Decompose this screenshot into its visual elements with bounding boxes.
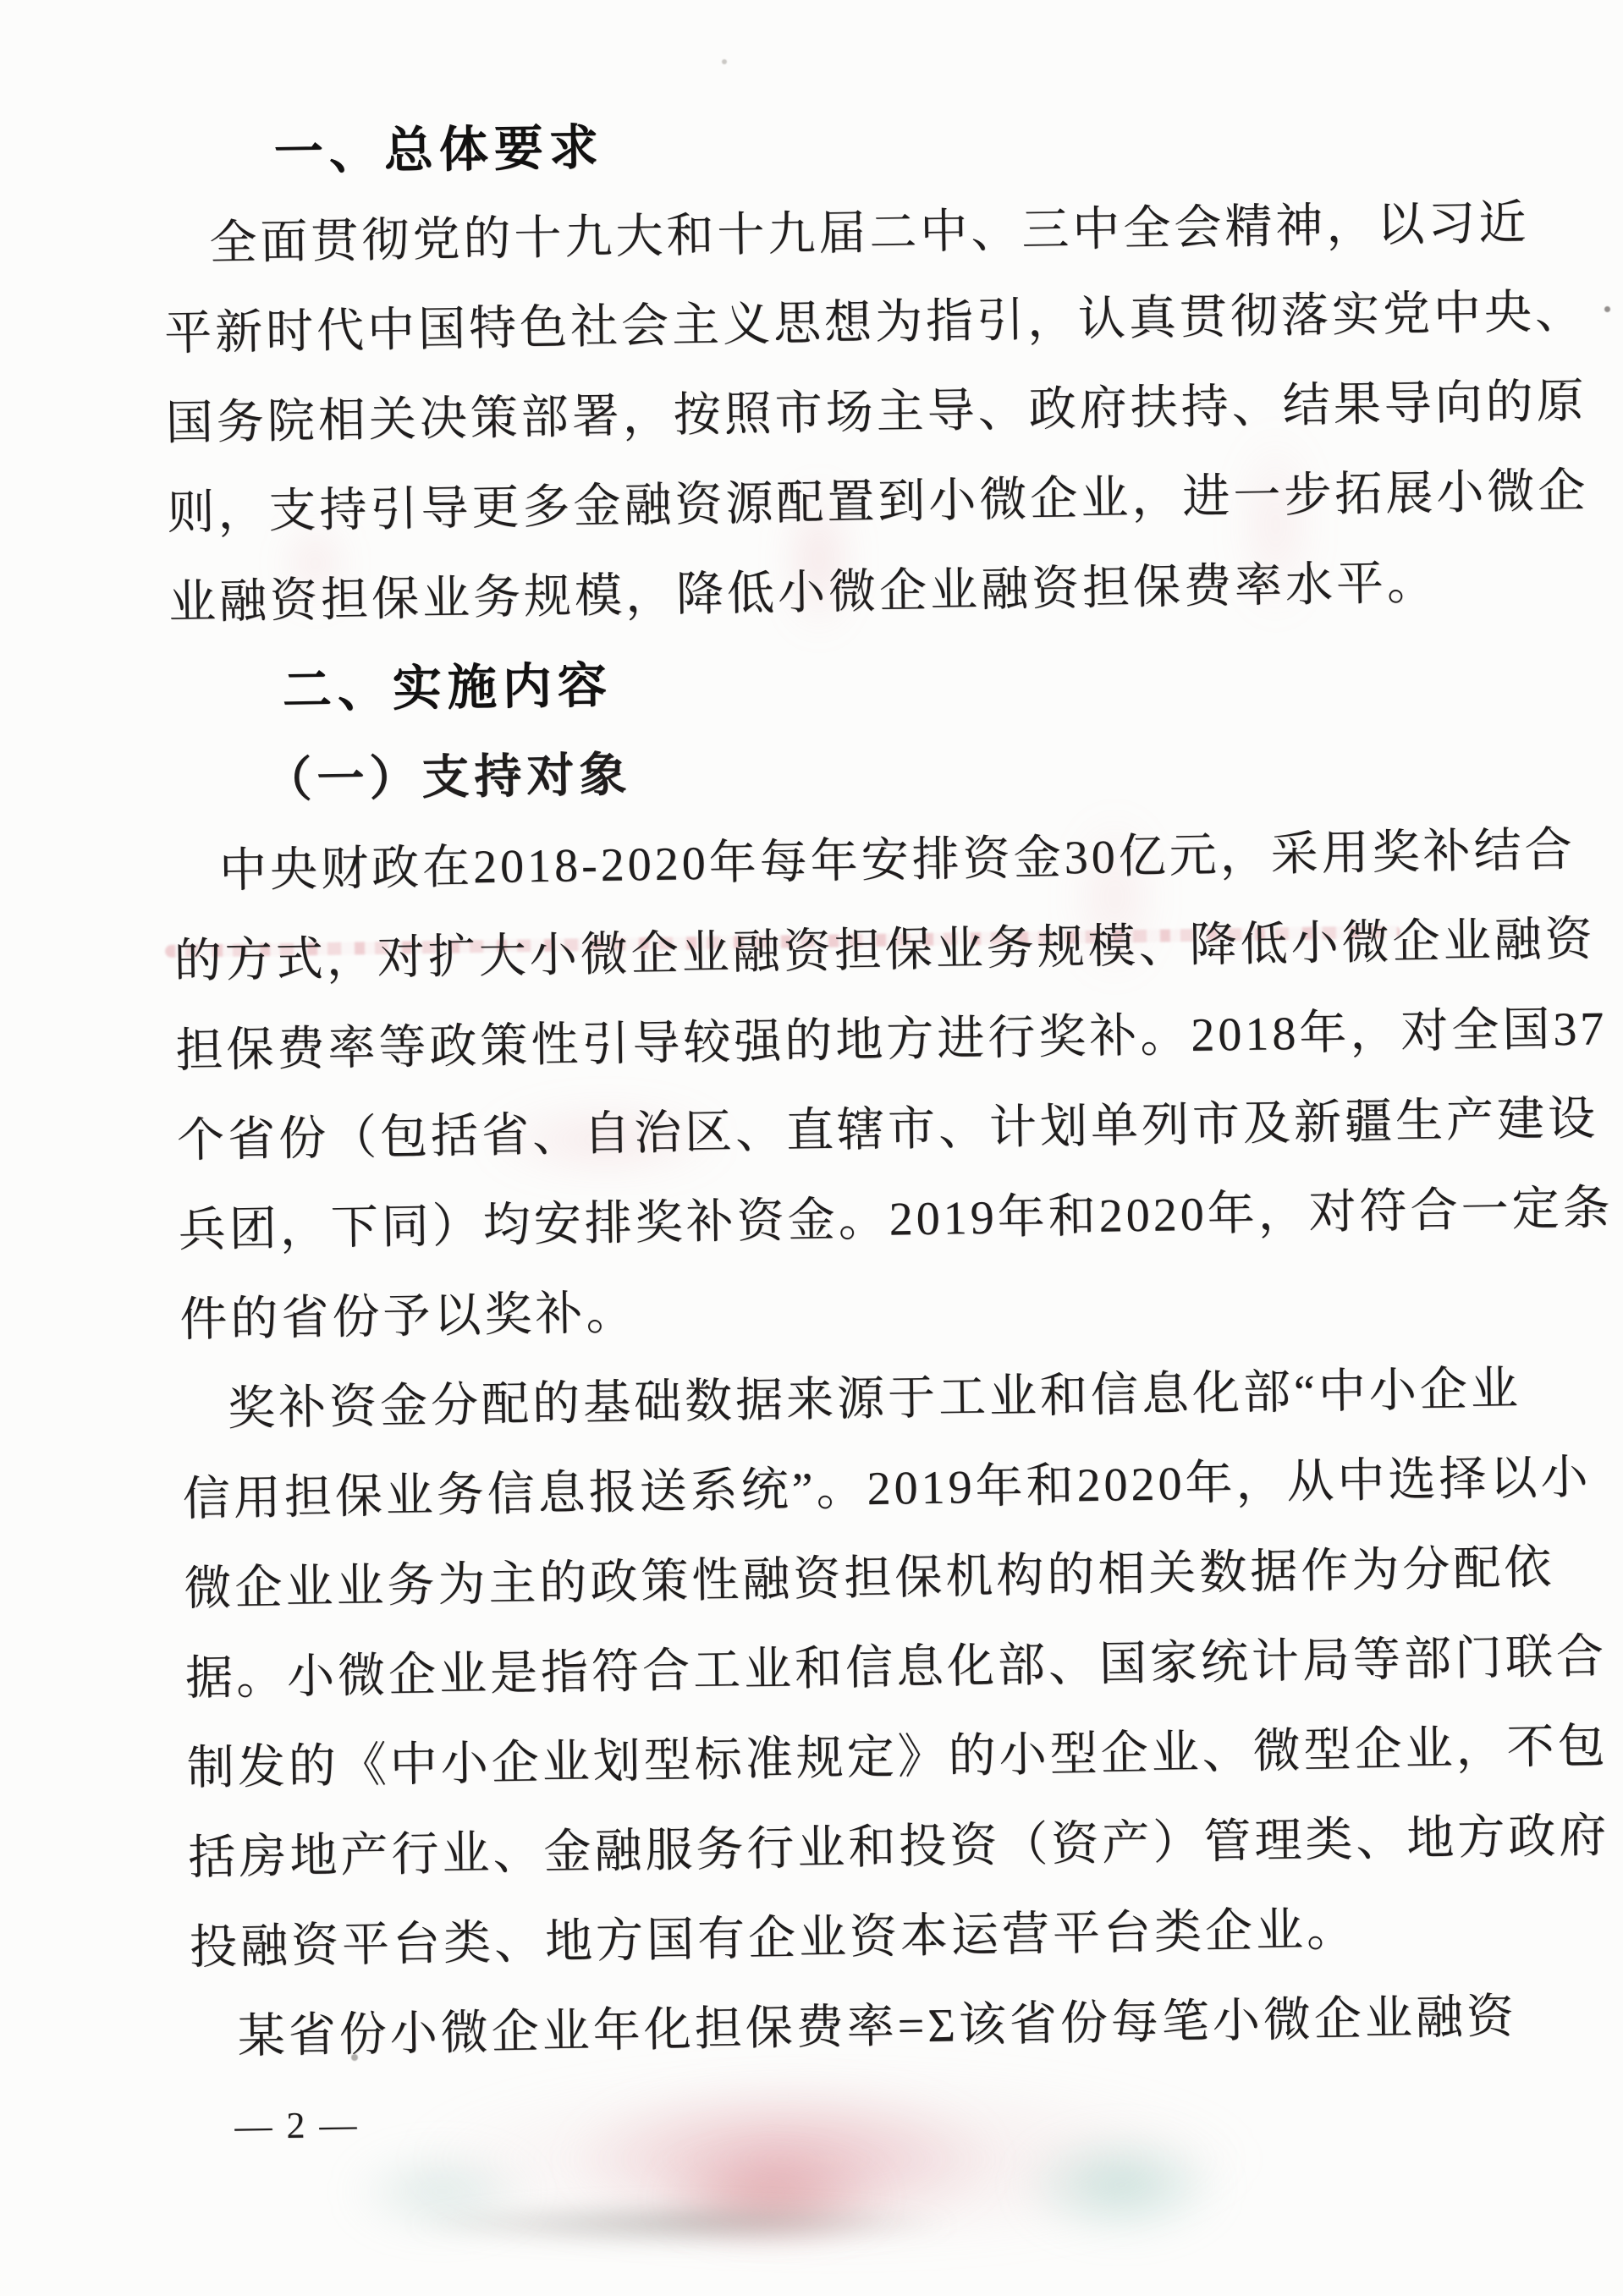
scanned-document-page: 一、总体要求全面贯彻党的十九大和十九届二中、三中全会精神，以习近平新时代中国特色… (0, 0, 1623, 2296)
scan-shadow-blotch (355, 2198, 1007, 2250)
document-body: 一、总体要求全面贯彻党的十九大和十九届二中、三中全会精神，以习近平新时代中国特色… (161, 87, 1623, 2172)
scan-speck (1604, 306, 1610, 312)
scan-speck (722, 59, 727, 64)
